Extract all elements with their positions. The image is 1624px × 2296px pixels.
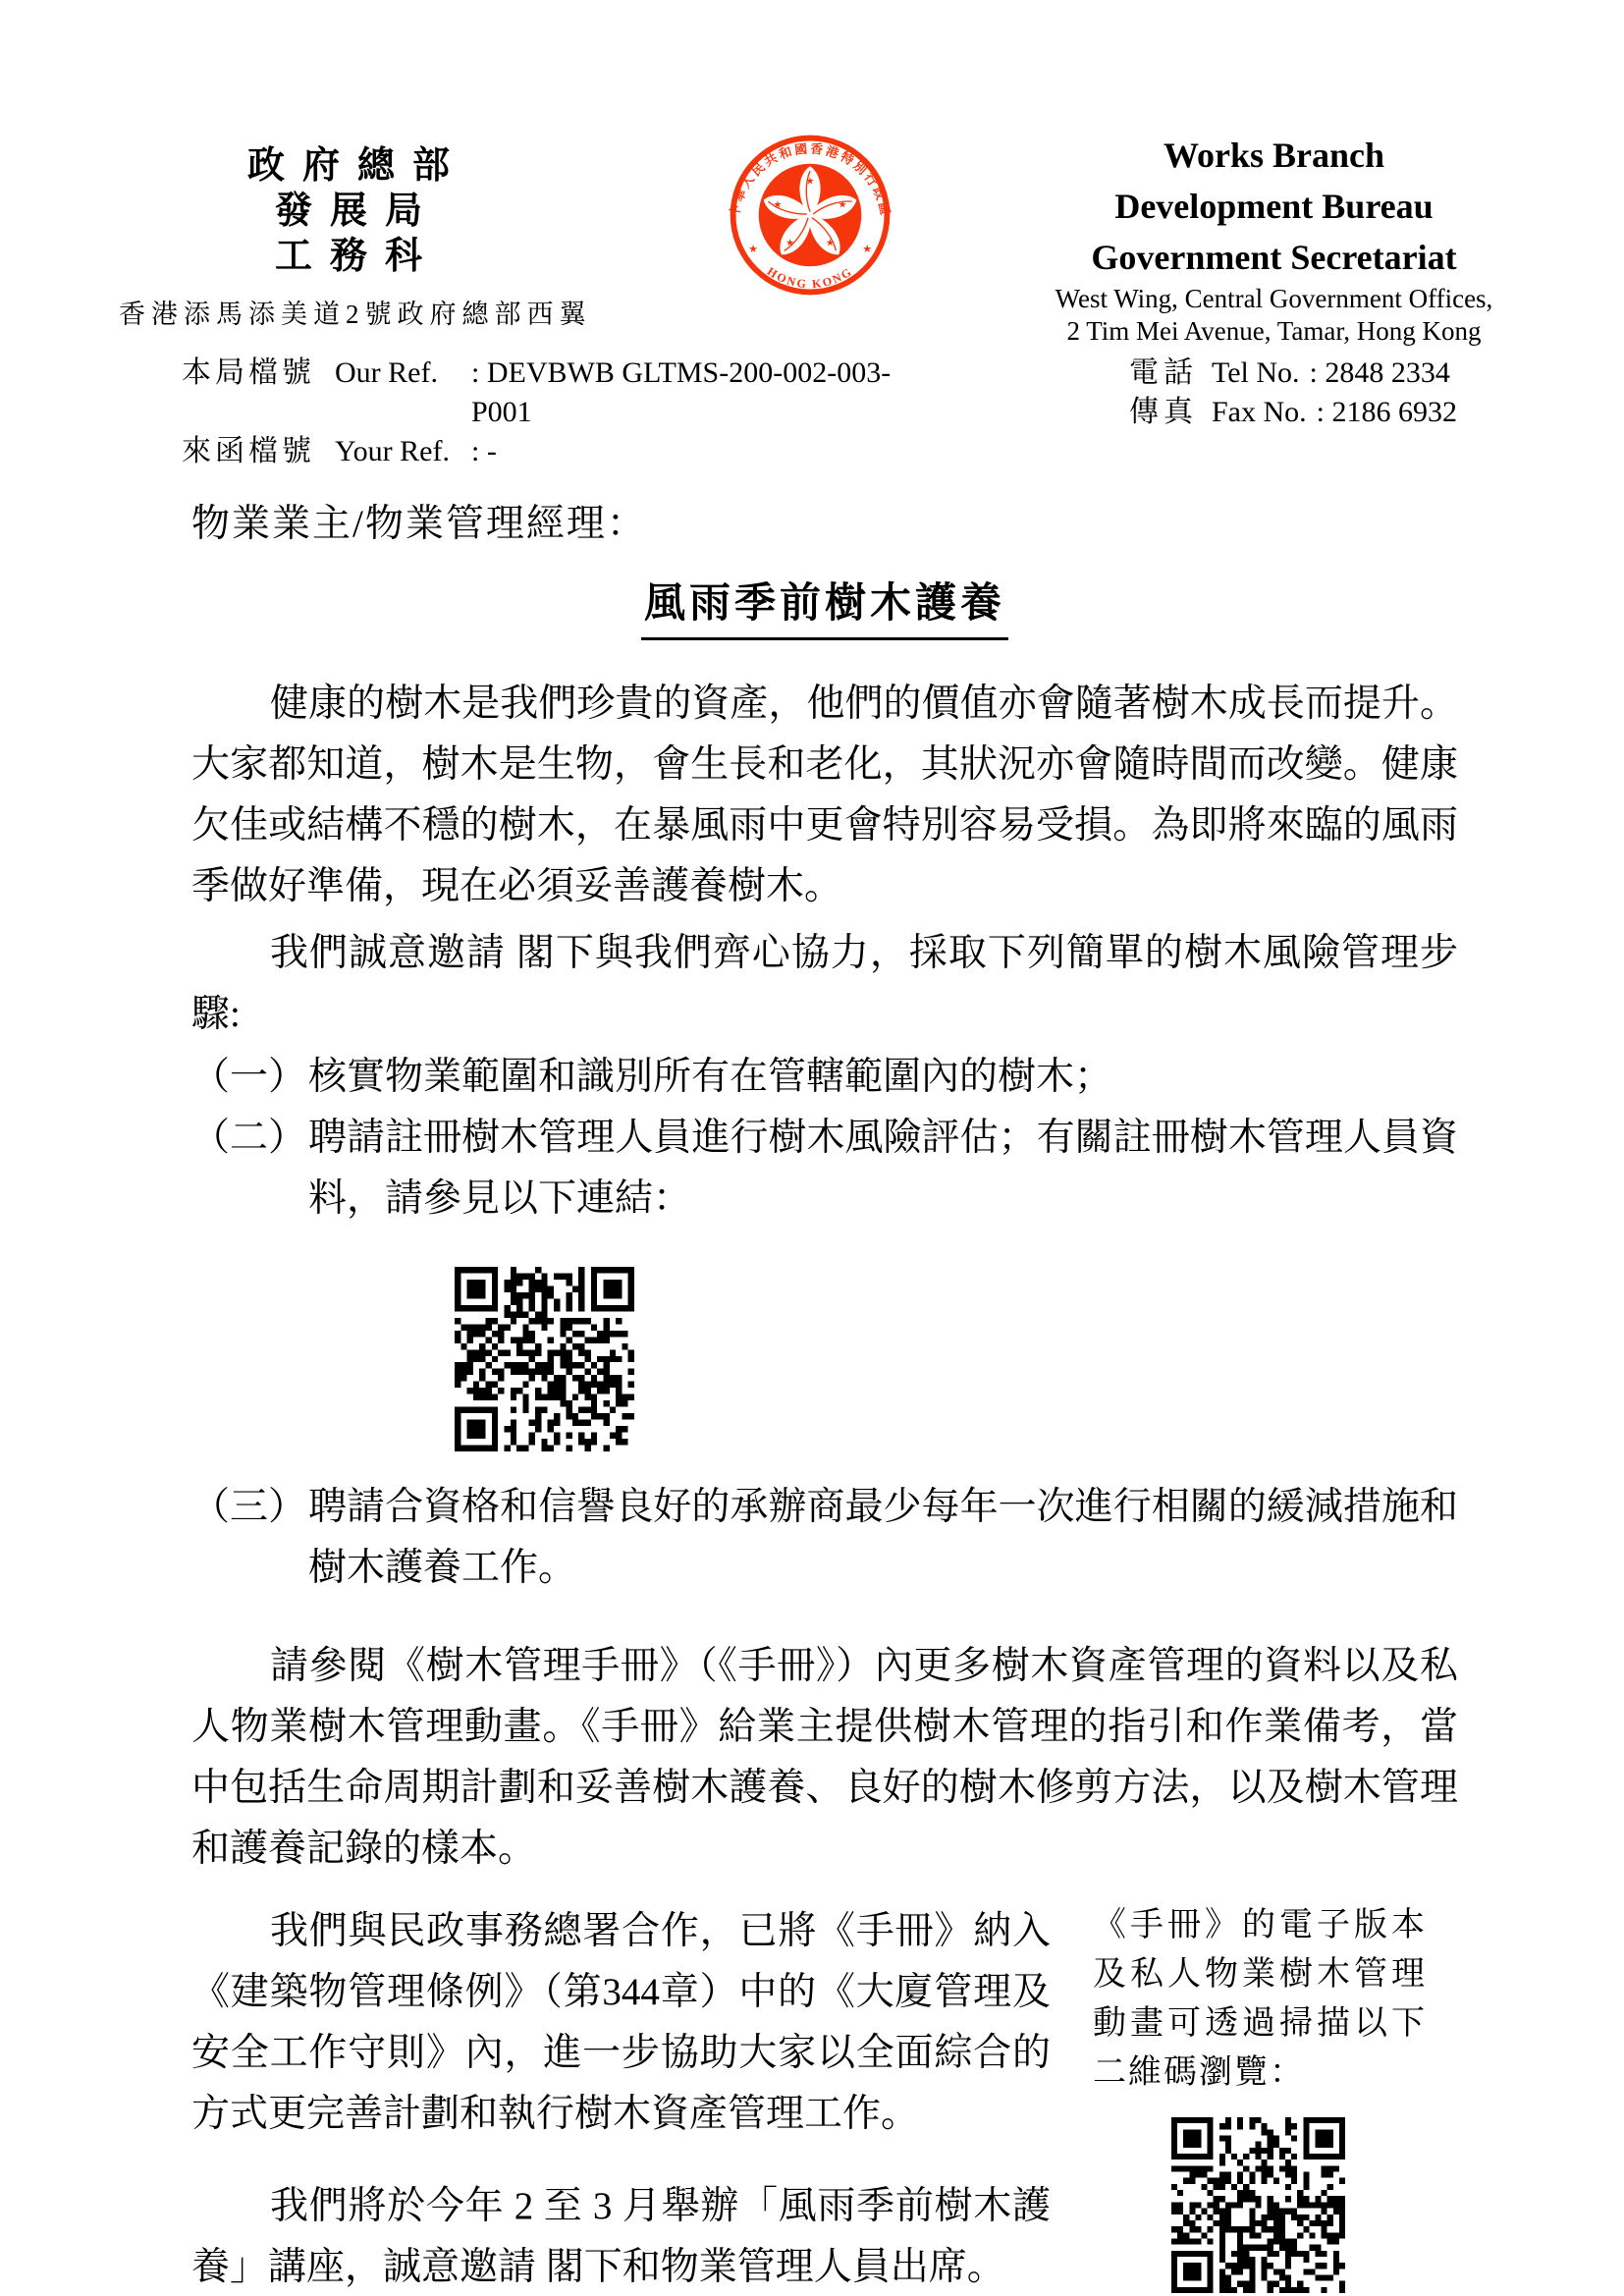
dept-en-line1: Works Branch <box>1041 130 1507 181</box>
dept-cn-line1: 政府總部 <box>113 143 584 189</box>
qr-code-block-2 <box>1171 2117 1427 2293</box>
list-item-3-number: （三） <box>191 1477 308 1599</box>
qr-code-registered-tree-management-personnel <box>455 1267 634 1451</box>
title-wrap: 風雨季前樹木護養 <box>191 571 1458 640</box>
file-refs-block: 本局檔號 Our Ref. : DEVBWB GLTMS-200-002-003… <box>182 354 938 471</box>
contact-block: 電話 Tel No. : 2848 2334 傳真 Fax No. : 2186… <box>1129 354 1424 471</box>
list-item-2-number: （二） <box>191 1108 308 1230</box>
paragraph-5: 《手冊》的電子版本及私人物業樹木管理動畫可透過掃描以下二維碼瀏覽： <box>1093 1901 1427 2098</box>
letter-page: 政府總部 發展局 工務科 香港添馬添美道2號政府總部西翼 ★ <box>0 0 1624 2296</box>
our-ref-value: : DEVBWB GLTMS-200-002-003-P001 <box>471 354 938 432</box>
list-item-1-text: 核實物業範圍和識別所有在管轄範圍內的樹木； <box>308 1047 1458 1108</box>
dept-en-line3: Government Secretariat <box>1041 232 1507 283</box>
column-left: 我們與民政事務總署合作，已將《手冊》納入《建築物管理條例》（第344章）中的《大… <box>191 1901 1051 2296</box>
your-ref-value: : - <box>471 432 497 471</box>
department-english-block: Works Branch Development Bureau Governme… <box>1041 130 1507 348</box>
list-item-3: （三） 聘請合資格和信譽良好的承辦商最少每年一次進行相關的緩減措施和樹木護養工作… <box>191 1477 1458 1599</box>
dept-en-line2: Development Bureau <box>1041 181 1507 232</box>
dept-cn-line3: 工務科 <box>113 234 584 279</box>
qr-code-handbook-ebook <box>1171 2117 1345 2293</box>
paragraph-2: 我們誠意邀請 閣下與我們齊心協力，採取下列簡單的樹木風險管理步驟: <box>191 923 1458 1045</box>
fax-label-en: Fax No. <box>1212 393 1307 432</box>
your-ref-row: 來函檔號 Your Ref. : - <box>182 432 938 471</box>
tel-value: : 2848 2334 <box>1310 354 1450 393</box>
paragraph-6: 我們將於今年 2 至 3 月舉辦「風雨季前樹木護養」講座，誠意邀請 閣下和物業管… <box>191 2176 1051 2296</box>
list-item-2: （二） 聘請註冊樹木管理人員進行樹木風險評估；有關註冊樹木管理人員資料，請參見以… <box>191 1108 1458 1230</box>
column-right: 《手冊》的電子版本及私人物業樹木管理動畫可透過掃描以下二維碼瀏覽： <box>1093 1901 1427 2296</box>
address-english-line2: 2 Tim Mei Avenue, Tamar, Hong Kong <box>1041 315 1507 348</box>
hksar-emblem-svg: ★ ★ ★ ★ <box>729 134 892 297</box>
paragraph-4: 我們與民政事務總署合作，已將《手冊》納入《建築物管理條例》（第344章）中的《大… <box>191 1901 1051 2145</box>
letterhead: 政府總部 發展局 工務科 香港添馬添美道2號政府總部西翼 ★ <box>0 0 1624 348</box>
tel-label-en: Tel No. <box>1212 354 1300 393</box>
our-ref-label-en: Our Ref. <box>335 354 438 432</box>
fax-value: : 2186 6932 <box>1317 393 1457 432</box>
list-item-1-number: （一） <box>191 1047 308 1108</box>
letter-body: 物業業主/物業管理經理： 風雨季前樹木護養 健康的樹木是我們珍貴的資產，他們的價… <box>0 497 1624 2296</box>
our-ref-label-cn: 本局檔號 <box>182 354 315 432</box>
list-item-1: （一） 核實物業範圍和識別所有在管轄範圍內的樹木； <box>191 1047 1458 1108</box>
department-chinese-block: 政府總部 發展局 工務科 香港添馬添美道2號政府總部西翼 <box>113 143 584 331</box>
list-item-2-text: 聘請註冊樹木管理人員進行樹木風險評估；有關註冊樹木管理人員資料，請參見以下連結： <box>308 1108 1458 1230</box>
tel-label-cn: 電話 <box>1129 354 1198 393</box>
address-english-line1: West Wing, Central Government Offices, <box>1041 283 1507 315</box>
page-title: 風雨季前樹木護養 <box>641 571 1008 640</box>
dept-cn-line2: 發展局 <box>113 189 584 234</box>
petal-star-icon: ★ <box>806 176 815 187</box>
your-ref-label-cn: 來函檔號 <box>182 432 315 471</box>
list-item-3-text: 聘請合資格和信譽良好的承辦商最少每年一次進行相關的緩減措施和樹木護養工作。 <box>308 1477 1458 1599</box>
our-ref-row: 本局檔號 Our Ref. : DEVBWB GLTMS-200-002-003… <box>182 354 938 432</box>
fax-row: 傳真 Fax No. : 2186 6932 <box>1129 393 1424 432</box>
two-column-section: 我們與民政事務總署合作，已將《手冊》納入《建築物管理條例》（第344章）中的《大… <box>191 1901 1458 2296</box>
steps-list: （一） 核實物業範圍和識別所有在管轄範圍內的樹木； （二） 聘請註冊樹木管理人員… <box>191 1047 1458 1599</box>
your-ref-label-en: Your Ref. <box>335 432 450 471</box>
paragraph-1: 健康的樹木是我們珍貴的資產，他們的價值亦會隨著樹木成長而提升。大家都知道，樹木是… <box>191 674 1458 917</box>
tel-row: 電話 Tel No. : 2848 2334 <box>1129 354 1424 393</box>
address-chinese: 香港添馬添美道2號政府總部西翼 <box>113 293 584 331</box>
hksar-emblem-icon: ★ ★ ★ ★ <box>729 134 892 297</box>
salutation: 物業業主/物業管理經理： <box>191 497 1458 551</box>
qr-code-block-1 <box>455 1267 1458 1451</box>
ring-star-left-icon: ★ <box>748 244 758 255</box>
reference-section: 本局檔號 Our Ref. : DEVBWB GLTMS-200-002-003… <box>0 354 1624 471</box>
paragraph-3: 請參閱《樹木管理手冊》（《手冊》）內更多樹木資產管理的資料以及私人物業樹木管理動… <box>191 1636 1458 1880</box>
ring-star-right-icon: ★ <box>862 244 872 255</box>
fax-label-cn: 傳真 <box>1129 393 1198 432</box>
